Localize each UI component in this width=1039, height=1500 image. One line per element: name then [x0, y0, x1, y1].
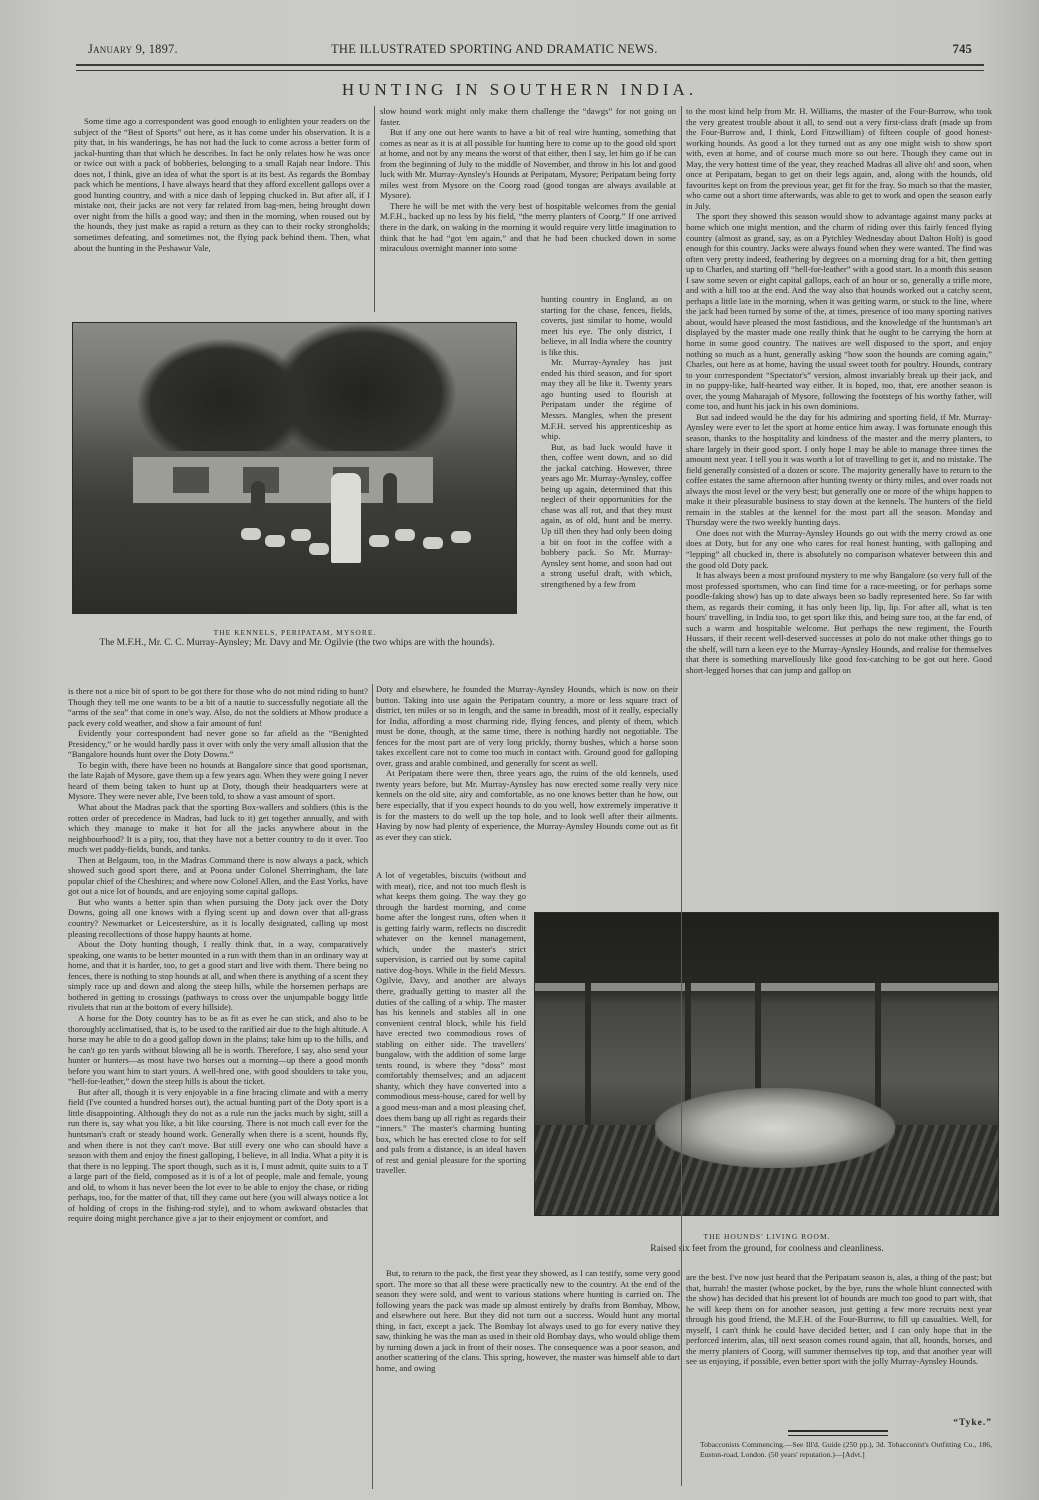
column-divider [372, 684, 373, 1489]
closing-rule [788, 1430, 888, 1436]
paragraph: It has always been a most profound myste… [686, 570, 992, 675]
paragraph: to the most kind help from Mr. H. Willia… [686, 106, 992, 211]
column-middle-narrow: hunting country in England, as on starti… [541, 294, 672, 589]
paragraph: But, to return to the pack, the first ye… [376, 1268, 680, 1373]
paragraph: A lot of vegetables, biscuits (without a… [376, 870, 526, 1176]
running-head: January 9, 1897. THE ILLUSTRATED SPORTIN… [88, 42, 988, 62]
hound [451, 531, 471, 543]
paragraph: are the best. I've now just heard that t… [686, 1272, 992, 1367]
roof-beam [535, 983, 998, 991]
figure-title: THE HOUNDS' LIVING ROOM. [534, 1232, 1000, 1241]
figure-caption: The M.F.H., Mr. C. C. Murray-Aynsley; Mr… [84, 638, 510, 649]
figure-master [331, 473, 361, 563]
paragraph: But after all, though it is very enjoyab… [68, 1087, 368, 1224]
hound [395, 529, 415, 541]
issue-date: January 9, 1897. [88, 42, 178, 57]
header-rule [76, 64, 984, 71]
paragraph: The sport they showed this season would … [686, 211, 992, 411]
figure-whip [383, 473, 397, 517]
figure-title: THE KENNELS, PERIPATAM, MYSORE. [72, 628, 518, 637]
column-lower-middle-bottom: But, to return to the pack, the first ye… [376, 1268, 680, 1493]
paragraph: hunting country in England, as on starti… [541, 294, 672, 357]
post [585, 983, 591, 1133]
figure-whip [251, 481, 265, 521]
advertisement: Tobacconists Commencing.—See Ill'd. Guid… [700, 1440, 992, 1459]
paragraph: One does not with the Murray-Aynsley Hou… [686, 528, 992, 570]
paragraph: But if any one out here wants to have a … [380, 127, 676, 201]
paragraph: Evidently your correspondent had never g… [68, 728, 368, 760]
hound [309, 543, 329, 555]
column-divider [374, 106, 375, 312]
paragraph: There he will be met with the very best … [380, 201, 676, 254]
figure-caption: Raised six feet from the ground, for coo… [534, 1244, 1000, 1255]
photo-hounds-living-room [534, 912, 999, 1216]
window [173, 467, 209, 493]
paragraph: At Peripatam there were then, three year… [376, 768, 678, 842]
paragraph: A horse for the Doty country has to be a… [68, 1013, 368, 1087]
paragraph: Some time ago a correspondent was good e… [74, 116, 370, 253]
column-lower-middle-narrow: A lot of vegetables, biscuits (without a… [376, 870, 526, 1265]
paragraph: About the Doty hunting though, I really … [68, 939, 368, 1013]
hound [265, 535, 285, 547]
hound [369, 535, 389, 547]
paragraph: But, as bad luck would have it then, cof… [541, 442, 672, 590]
publication-title: THE ILLUSTRATED SPORTING AND DRAMATIC NE… [331, 42, 658, 57]
hound [423, 537, 443, 549]
hound [241, 528, 261, 540]
paragraph: slow hound work might only make them cha… [380, 106, 676, 127]
newspaper-page: January 9, 1897. THE ILLUSTRATED SPORTIN… [0, 0, 1039, 1500]
paragraph: To begin with, there have been no hounds… [68, 760, 368, 802]
paragraph: But who wants a better spin than when pu… [68, 897, 368, 939]
paragraph: But sad indeed would be the day for his … [686, 412, 992, 528]
photo-kennels-peripatam [72, 322, 517, 614]
page-number: 745 [953, 42, 972, 57]
hounds-resting [655, 1088, 895, 1168]
column-right: to the most kind help from Mr. H. Willia… [686, 106, 992, 881]
column-lower-right: are the best. I've now just heard that t… [686, 1272, 992, 1367]
article-title: HUNTING IN SOUTHERN INDIA. [0, 80, 1039, 100]
paragraph: Mr. Murray-Aynsley has just ended his th… [541, 357, 672, 441]
paragraph: What about the Madras pack that the spor… [68, 802, 368, 855]
author-signature: “Tyke.” [700, 1418, 992, 1428]
column-divider [681, 106, 682, 1486]
hound [291, 529, 311, 541]
paragraph: Then at Belgaum, too, in the Madras Comm… [68, 855, 368, 897]
paragraph: is there not a nice bit of sport to be g… [68, 686, 368, 728]
column-top-middle: slow hound work might only make them cha… [380, 106, 676, 254]
paragraph: Doty and elsewhere, he founded the Murra… [376, 684, 678, 768]
column-lower-middle-wide: Doty and elsewhere, he founded the Murra… [376, 684, 678, 869]
column-lower-left: is there not a nice bit of sport to be g… [68, 686, 368, 1486]
column-top-left: Some time ago a correspondent was good e… [74, 116, 370, 253]
